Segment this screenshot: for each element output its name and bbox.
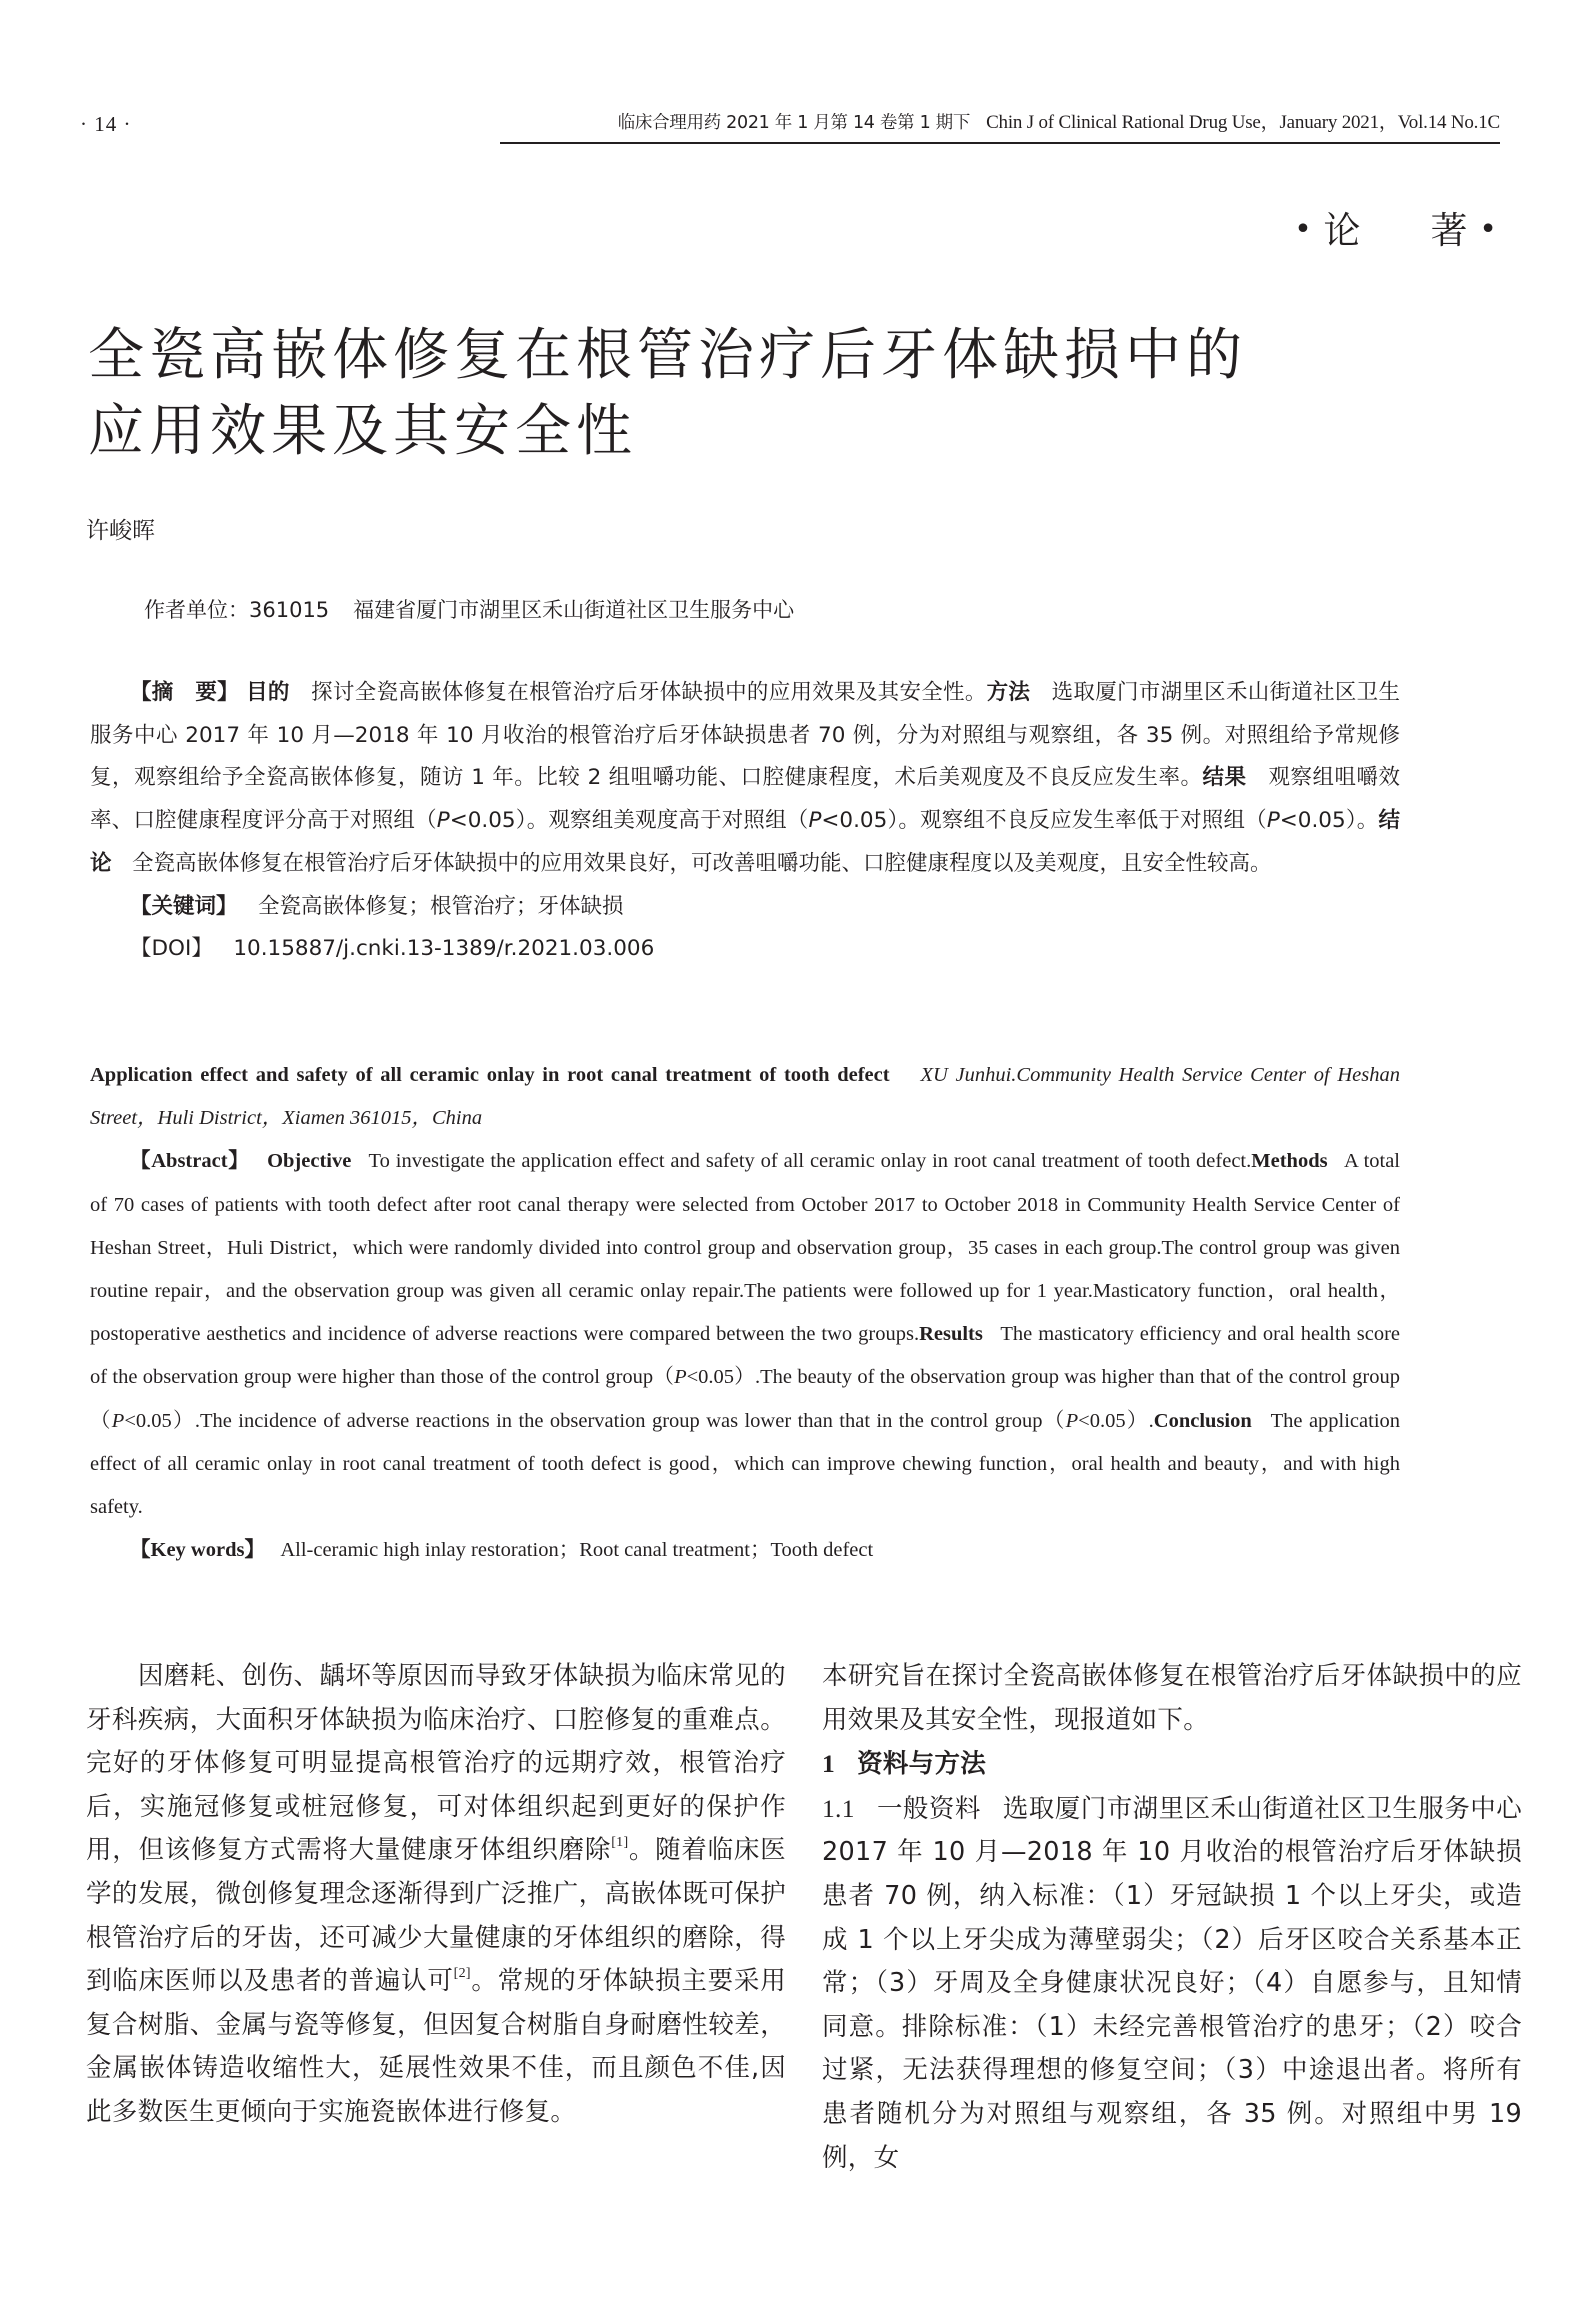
keywords-line: 【关键词】 全瓷高嵌体修复；根管治疗；牙体缺损 [130, 886, 1400, 929]
doi-link[interactable]: 10.15887/j.cnki.13-1389/r.2021.03.006 [233, 936, 654, 961]
p-value: <0.05 [821, 808, 887, 833]
abstract-paragraph: 【摘 要】 目的 探讨全瓷高嵌体修复在根管治疗后牙体缺损中的应用效果及其安全性。… [90, 672, 1400, 886]
results-text: ）.The incidence of adverse reactions in … [172, 1410, 1066, 1432]
p-symbol: P [112, 1410, 125, 1432]
abstract-label: 【摘 要】 [130, 680, 239, 705]
author-affiliation: 作者单位：361015福建省厦门市湖里区禾山街道社区卫生服务中心 [144, 594, 794, 624]
citation-ref[interactable]: [1] [611, 1835, 628, 1850]
p-value: <0.05 [1078, 1410, 1125, 1432]
results-label: 结果 [1203, 765, 1247, 790]
body-column-left: 因磨耗、创伤、龋坏等原因而导致牙体缺损为临床常见的牙科疾病，大面积牙体缺损为临床… [86, 1655, 786, 2135]
doi-label: 【DOI】 [130, 936, 213, 961]
p-symbol: P [437, 808, 450, 833]
subsection-paragraph: 1.1一般资料选取厦门市湖里区禾山街道社区卫生服务中心 2017 年 10 月—… [822, 1787, 1522, 2180]
article-title: 全瓷高嵌体修复在根管治疗后牙体缺损中的 应用效果及其安全性 [88, 318, 1488, 470]
methods-text: A total of 70 cases of patients with too… [90, 1150, 1400, 1345]
doi-line: 【DOI】 10.15887/j.cnki.13-1389/r.2021.03.… [130, 928, 1400, 971]
chinese-abstract: 【摘 要】 目的 探讨全瓷高嵌体修复在根管治疗后牙体缺损中的应用效果及其安全性。… [90, 672, 1400, 971]
results-label: Results [919, 1323, 983, 1345]
keywords-text: All-ceramic high inlay restoration；Root … [280, 1539, 873, 1561]
keywords-label: 【Key words】 [130, 1539, 265, 1561]
conclusion-label: Conclusion [1154, 1410, 1252, 1432]
keywords-label: 【关键词】 [130, 894, 238, 919]
section-title: 资料与方法 [857, 1749, 986, 1779]
english-title-line: Application effect and safety of all cer… [90, 1054, 1400, 1140]
affiliation-label: 作者单位：361015 [144, 598, 329, 622]
keywords-line: 【Key words】 All-ceramic high inlay resto… [130, 1529, 1400, 1572]
section-label-char: 论 [1324, 209, 1361, 252]
page-number: · 14 · [80, 112, 132, 137]
conclusion-text: 全瓷高嵌体修复在根管治疗后牙体缺损中的应用效果良好，可改善咀嚼功能、口腔健康程度… [132, 851, 1272, 876]
results-text: ）. [1126, 1410, 1154, 1432]
author-name: 许峻晖 [86, 512, 155, 545]
journal-name-en: Chin J of Clinical Rational Drug Use，Jan… [986, 112, 1500, 133]
body-text: 选取厦门市湖里区禾山街道社区卫生服务中心 2017 年 10 月—2018 年 … [822, 1794, 1522, 2173]
english-abstract: Application effect and safety of all cer… [90, 1054, 1400, 1572]
section-label: • 论著 • [1294, 200, 1497, 254]
bullet-icon: • [1479, 212, 1497, 247]
p-symbol: P [674, 1366, 687, 1388]
title-line: 全瓷高嵌体修复在根管治疗后牙体缺损中的 [88, 318, 1488, 394]
abstract-paragraph: 【Abstract】 Objective To investigate the … [90, 1140, 1400, 1529]
section-number: 1 [822, 1749, 835, 1778]
p-symbol: P [1066, 1410, 1079, 1432]
p-value: <0.05 [687, 1366, 734, 1388]
bullet-icon: • [1294, 212, 1312, 247]
subsection-title: 一般资料 [877, 1794, 981, 1824]
section-label-char: 著 [1431, 209, 1468, 252]
methods-label: Methods [1251, 1150, 1327, 1172]
keywords-text: 全瓷高嵌体修复；根管治疗；牙体缺损 [258, 894, 624, 919]
p-symbol: P [808, 808, 821, 833]
title-line: 应用效果及其安全性 [88, 394, 1488, 470]
body-column-right: 本研究旨在探讨全瓷高嵌体修复在根管治疗后牙体缺损中的应用效果及其安全性，现报道如… [822, 1655, 1522, 2180]
subsection-number: 1.1 [822, 1794, 855, 1823]
p-symbol: P [1267, 808, 1280, 833]
body-paragraph: 因磨耗、创伤、龋坏等原因而导致牙体缺损为临床常见的牙科疾病，大面积牙体缺损为临床… [86, 1655, 786, 2135]
objective-text: 探讨全瓷高嵌体修复在根管治疗后牙体缺损中的应用效果及其安全性。 [311, 680, 987, 705]
results-text: ）。 [1346, 808, 1379, 833]
objective-label: Objective [267, 1150, 351, 1172]
journal-name-cn: 临床合理用药 2021 年 1 月第 14 卷第 1 期下 [618, 113, 970, 133]
p-value: <0.05 [1280, 808, 1346, 833]
methods-label: 方法 [987, 680, 1031, 705]
p-value: <0.05 [450, 808, 516, 833]
results-text: ）。观察组不良反应发生率低于对照组（ [887, 808, 1267, 833]
objective-label: 目的 [246, 680, 290, 705]
affiliation-text: 福建省厦门市湖里区禾山街道社区卫生服务中心 [353, 598, 794, 622]
abstract-label: 【Abstract】 [130, 1150, 250, 1172]
results-text: ）。观察组美观度高于对照组（ [516, 808, 809, 833]
body-paragraph: 本研究旨在探讨全瓷高嵌体修复在根管治疗后牙体缺损中的应用效果及其安全性，现报道如… [822, 1655, 1522, 1742]
english-title: Application effect and safety of all cer… [90, 1064, 890, 1086]
citation-ref[interactable]: [2] [454, 1966, 471, 1981]
p-value: <0.05 [124, 1410, 171, 1432]
objective-text: To investigate the application effect an… [369, 1150, 1252, 1172]
section-heading: 1资料与方法 [822, 1742, 1522, 1787]
running-header: 临床合理用药 2021 年 1 月第 14 卷第 1 期下Chin J of C… [500, 108, 1500, 144]
